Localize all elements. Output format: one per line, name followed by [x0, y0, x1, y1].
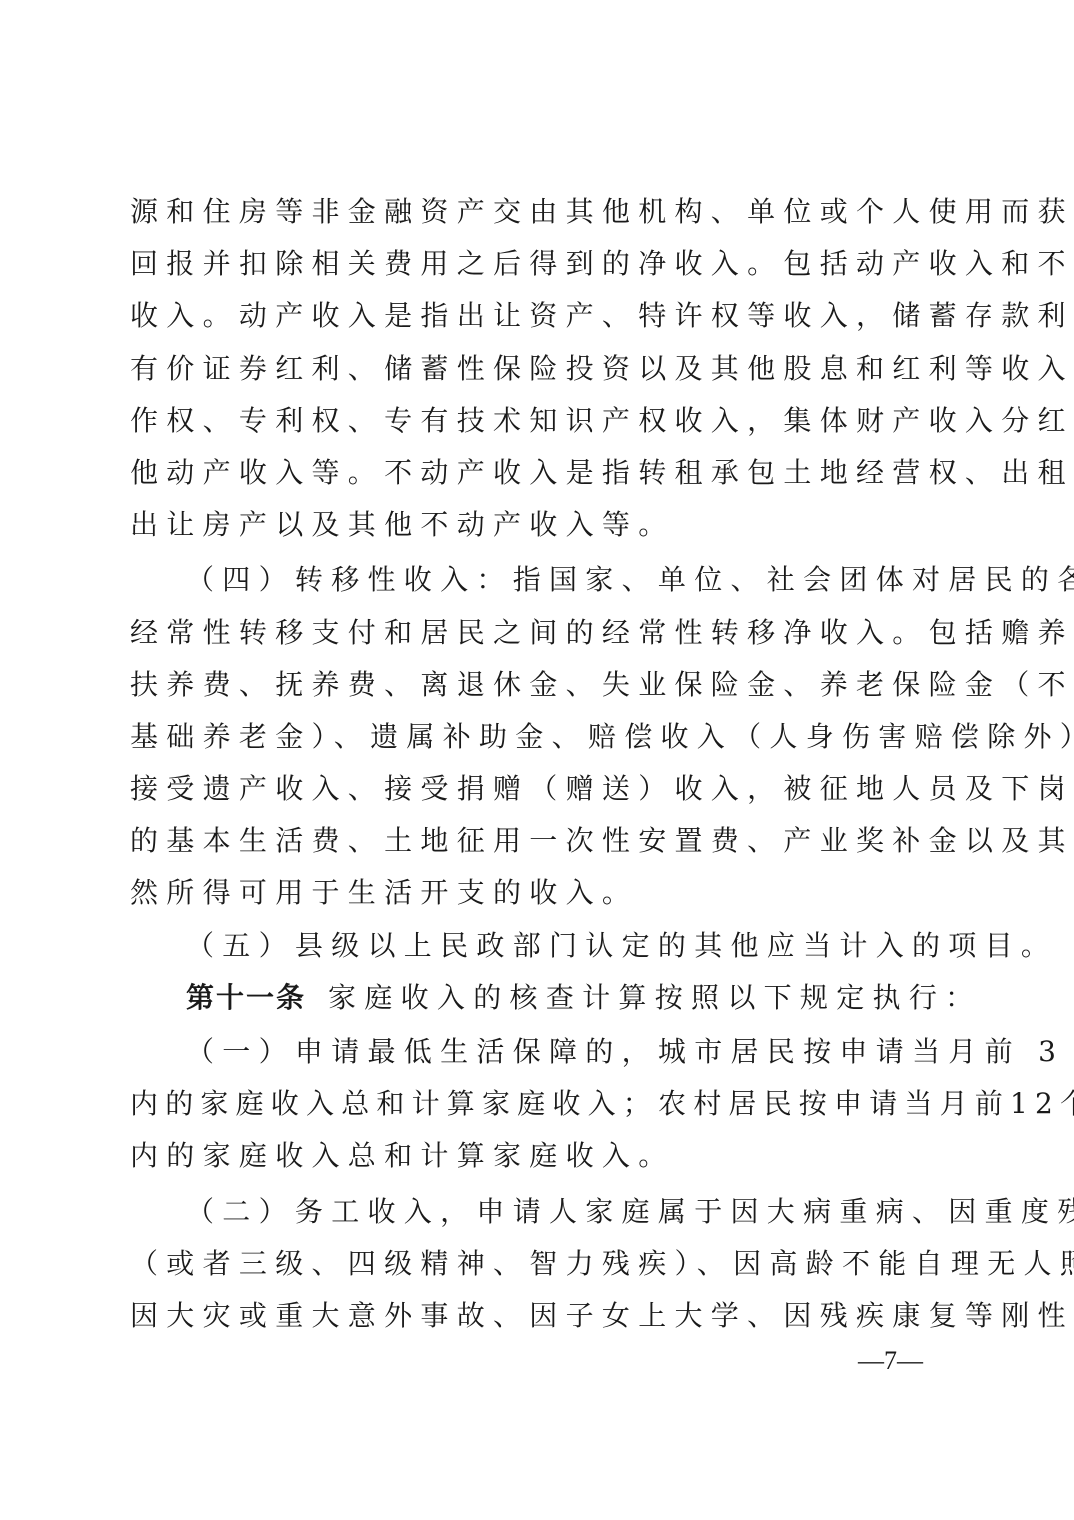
article-11-paragraph: 第十一条家庭收入的核查计算按照以下规定执行： [130, 972, 946, 1024]
text-line: 然所得可用于生活开支的收入。 [130, 867, 946, 919]
text-line: 回报并扣除相关费用之后得到的净收入。包括动产收入和不动产 [130, 238, 946, 290]
text-line: 他动产收入等。不动产收入是指转租承包土地经营权、出租或者 [130, 447, 946, 499]
other-items-paragraph: （五）县级以上民政部门认定的其他应当计入的项目。 [130, 920, 946, 972]
text-line: 扶养费、抚养费、离退休金、失业保险金、养老保险金（不包括 [130, 659, 946, 711]
text-line: 作权、专利权、专有技术知识产权收入，集体财产收入分红和其 [130, 395, 946, 447]
text-line: （四）转移性收入：指国家、单位、社会团体对居民的各种 [130, 554, 946, 606]
page-number: —7— [858, 1346, 923, 1376]
text-line: 内的家庭收入总和计算家庭收入；农村居民按申请当月前12个月 [130, 1078, 946, 1130]
text-line: 的基本生活费、土地征用一次性安置费、产业奖补金以及其他偶 [130, 815, 946, 867]
text-line: 基础养老金）、遗属补助金、赔偿收入（人身伤害赔偿除外）、 [130, 711, 946, 763]
document-page: 源和住房等非金融资产交由其他机构、单位或个人使用而获得的 回报并扣除相关费用之后… [130, 186, 946, 1342]
text-line: 接受遗产收入、接受捐赠（赠送）收入，被征地人员及下岗职工 [130, 763, 946, 815]
transfer-income-paragraph: （四）转移性收入：指国家、单位、社会团体对居民的各种 经常性转移支付和居民之间的… [130, 554, 946, 919]
text-line: （或者三级、四级精神、智力残疾）、因高龄不能自理无人照顾、 [130, 1238, 946, 1290]
text-line: 内的家庭收入总和计算家庭收入。 [130, 1130, 946, 1182]
text-line: 经常性转移支付和居民之间的经常性转移净收入。包括赡养费、 [130, 607, 946, 659]
text-line: 源和住房等非金融资产交由其他机构、单位或个人使用而获得的 [130, 186, 946, 238]
text-line: 因大灾或重大意外事故、因子女上大学、因残疾康复等刚性支出 [130, 1290, 946, 1342]
text-line: （五）县级以上民政部门认定的其他应当计入的项目。 [130, 920, 946, 972]
text-line: 有价证券红利、储蓄性保险投资以及其他股息和红利等收入，著 [130, 343, 946, 395]
article-11-line: 第十一条家庭收入的核查计算按照以下规定执行： [130, 972, 946, 1024]
article-heading: 第十一条 [186, 981, 306, 1014]
property-income-paragraph: 源和住房等非金融资产交由其他机构、单位或个人使用而获得的 回报并扣除相关费用之后… [130, 186, 946, 551]
text-line: （一）申请最低生活保障的，城市居民按申请当月前 3 个月 [130, 1026, 946, 1078]
labor-income-paragraph: （二）务工收入，申请人家庭属于因大病重病、因重度残疾 （或者三级、四级精神、智力… [130, 1186, 946, 1343]
text-line: 出让房产以及其他不动产收入等。 [130, 499, 946, 551]
article-text: 家庭收入的核查计算按照以下规定执行： [328, 981, 981, 1014]
text-line: （二）务工收入，申请人家庭属于因大病重病、因重度残疾 [130, 1186, 946, 1238]
text-line: 收入。动产收入是指出让资产、特许权等收入，储蓄存款利息、 [130, 290, 946, 342]
calculation-period-paragraph: （一）申请最低生活保障的，城市居民按申请当月前 3 个月 内的家庭收入总和计算家… [130, 1026, 946, 1183]
